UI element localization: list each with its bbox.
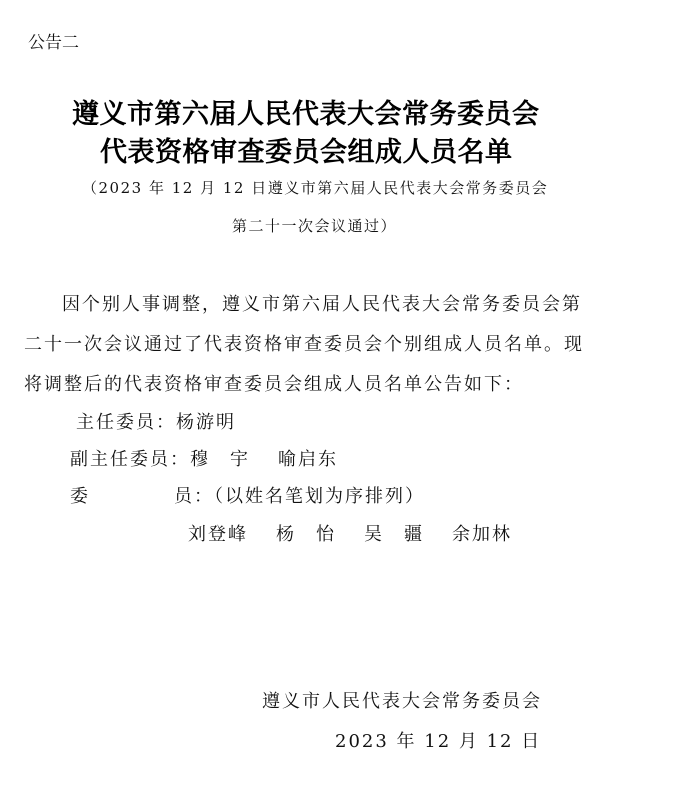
members-role-a: 委 — [70, 486, 90, 507]
body-paragraph-line-2: 二十一次会议通过了代表资格审查委员会个别组成人员名单。现 — [24, 330, 584, 356]
roster-director-row: 主任委员：杨游明 — [76, 408, 236, 434]
roster-members-row: 委员：（以姓名笔划为序排列） — [70, 482, 425, 508]
document-title-line-2: 代表资格审查委员会组成人员名单 — [100, 130, 513, 169]
member-name: 杨 怡 — [276, 524, 336, 545]
deputy-name: 喻启东 — [278, 449, 338, 470]
deputy-role: 副主任委员： — [70, 449, 190, 470]
member-name: 余加林 — [452, 524, 512, 545]
subtitle-line-1: （2023 年 12 月 12 日遵义市第六届人民代表大会常务委员会 — [82, 177, 548, 198]
roster-deputy-row: 副主任委员：穆 宇喻启东 — [70, 445, 338, 471]
subtitle-line-2: 第二十一次会议通过） — [232, 215, 397, 236]
director-name: 杨游明 — [176, 412, 236, 433]
roster-members-names: 刘登峰杨 怡吴 疆余加林 — [188, 520, 512, 546]
document-title-line-1: 遵义市第六届人民代表大会常务委员会 — [72, 92, 540, 131]
body-paragraph-line-1: 因个别人事调整，遵义市第六届人民代表大会常务委员会第 — [62, 290, 582, 316]
member-name: 刘登峰 — [188, 524, 248, 545]
members-role-b: 员： — [174, 486, 214, 507]
director-role: 主任委员： — [76, 412, 176, 433]
members-note: （以姓名笔划为序排列） — [214, 486, 425, 507]
deputy-name: 穆 宇 — [190, 449, 250, 470]
signature-date: 2023 年 12 月 12 日 — [335, 727, 541, 753]
member-name: 吴 疆 — [364, 524, 424, 545]
signature-organization: 遵义市人民代表大会常务委员会 — [262, 687, 542, 713]
body-paragraph-line-3: 将调整后的代表资格审查委员会组成人员名单公告如下： — [24, 370, 524, 396]
announcement-label: 公告二 — [28, 28, 79, 53]
